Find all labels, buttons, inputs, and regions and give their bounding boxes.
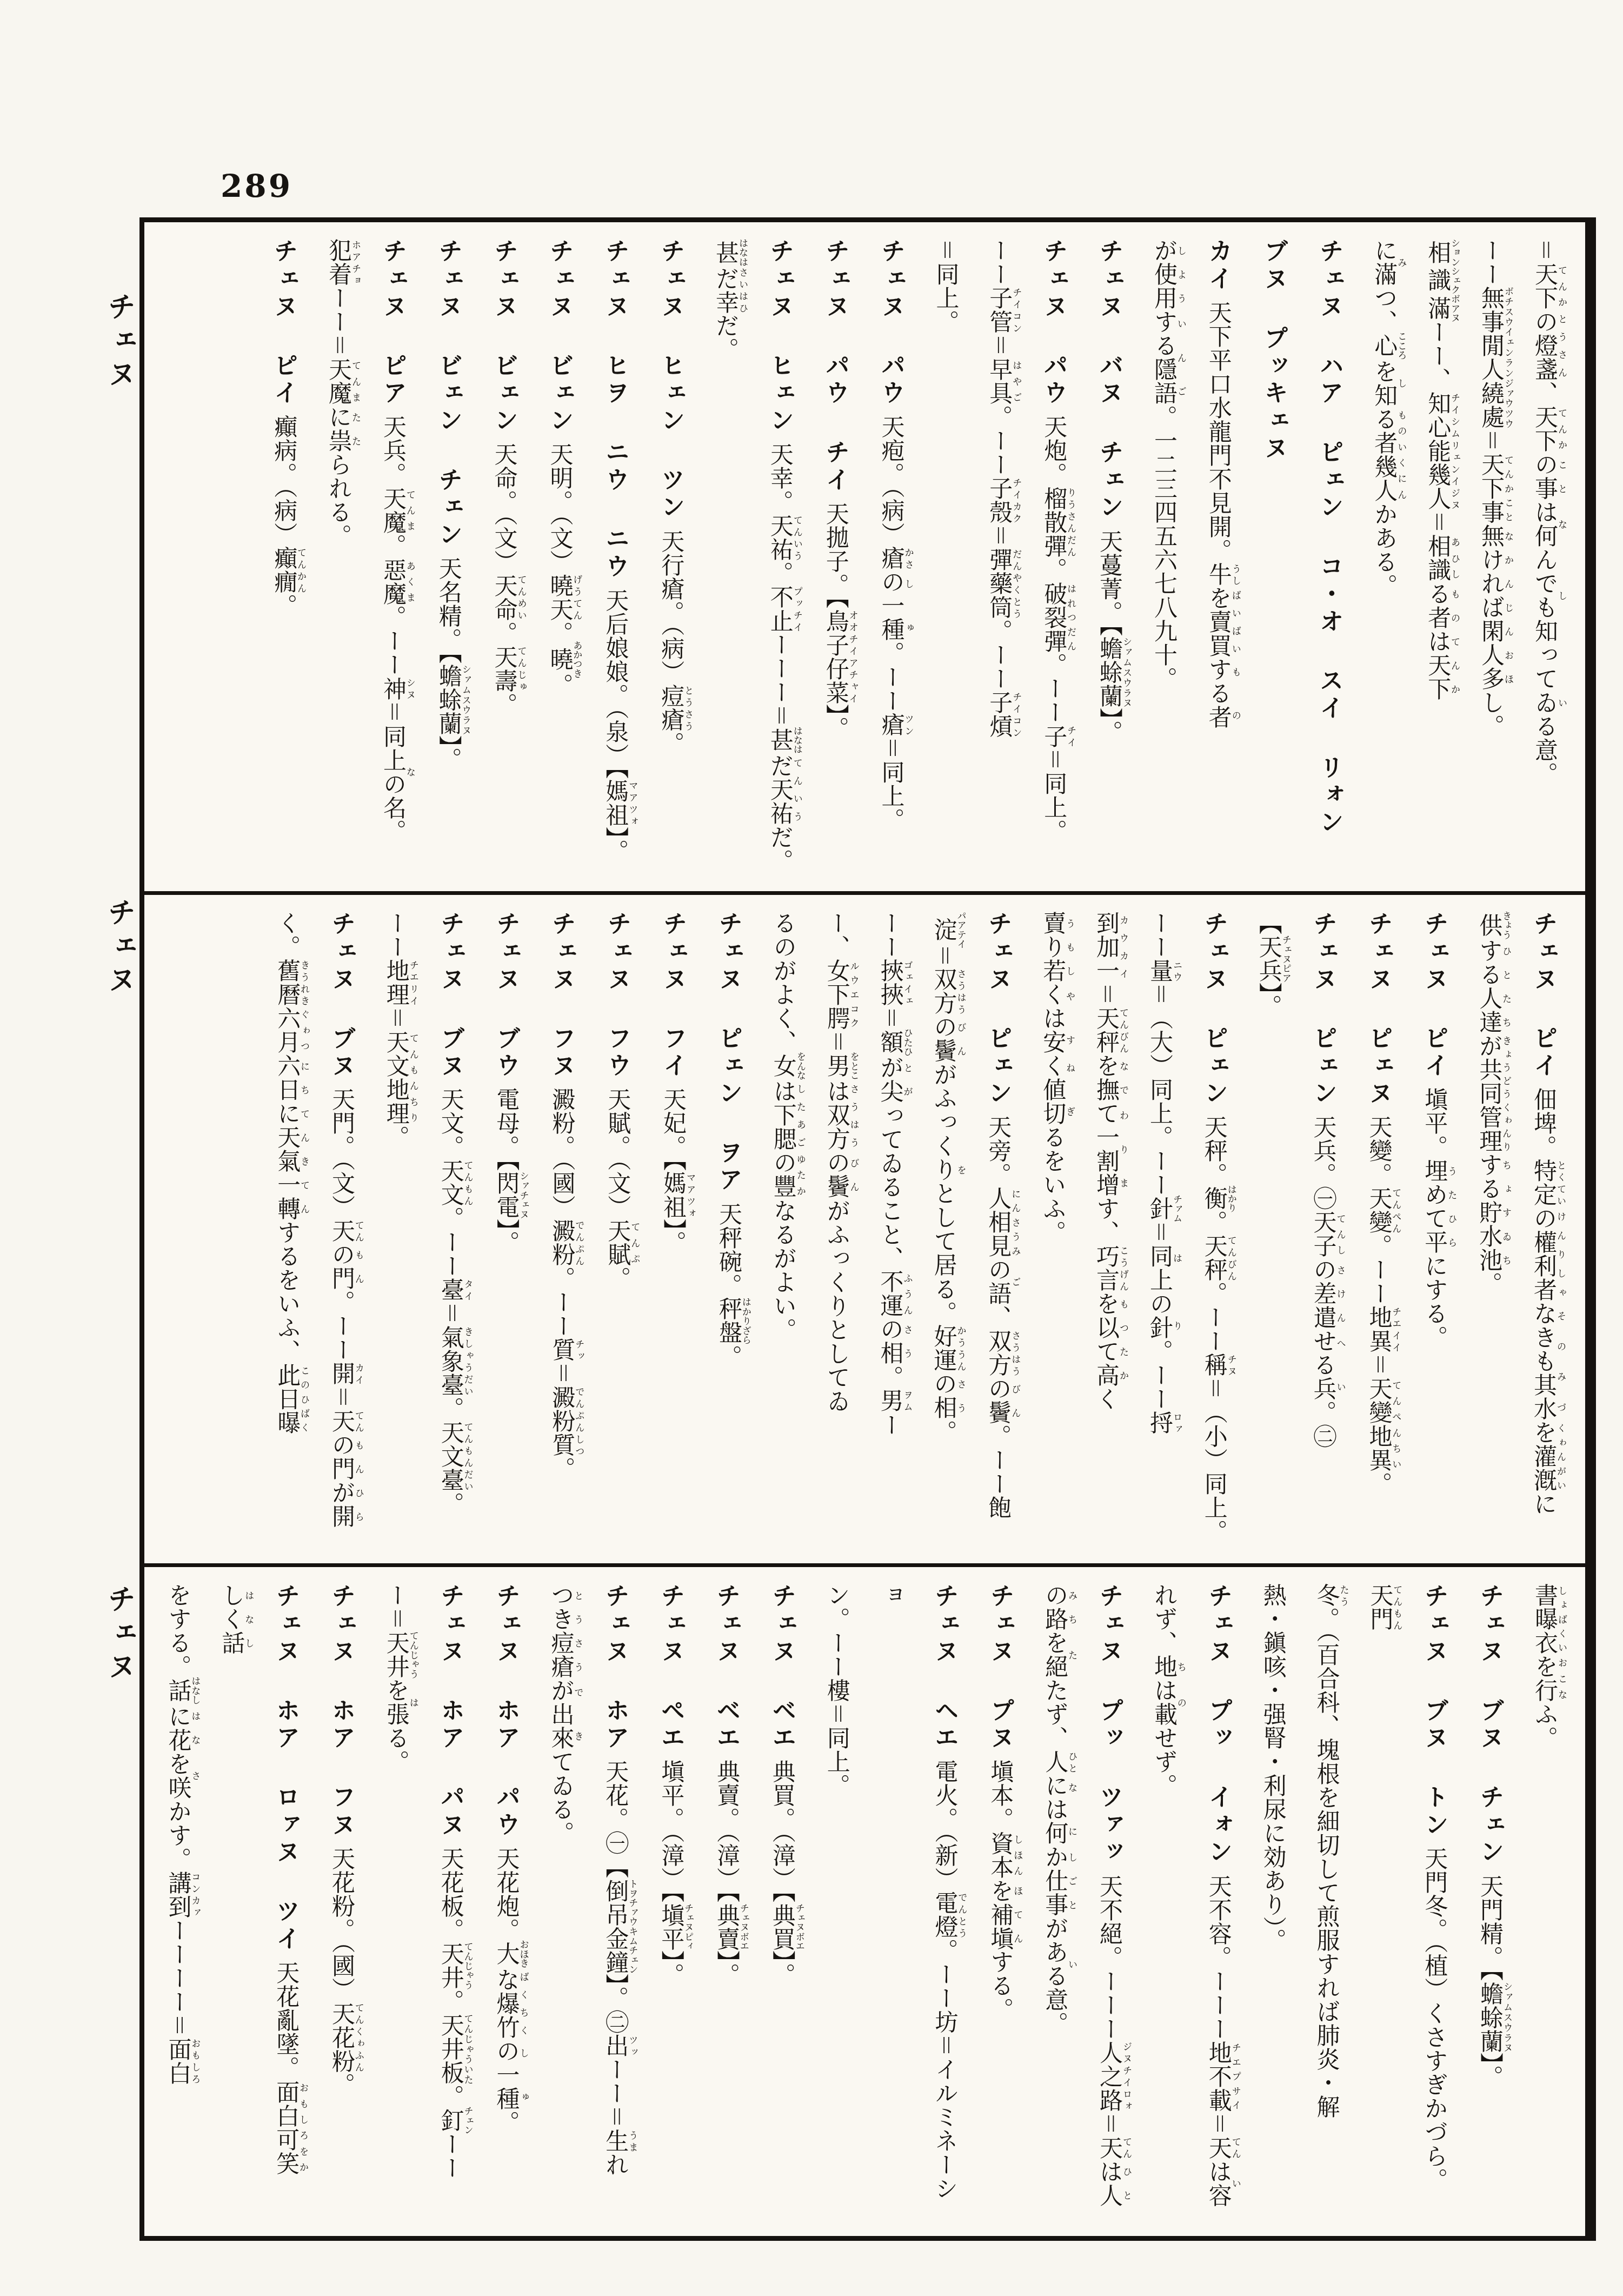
entry-definition: 天明。（文）曉天げうてん。曉あかつき。	[546, 442, 573, 697]
entry-column: チェヌ プヌ塡本。資本しほんを補塡ほてんする。	[972, 1583, 1028, 2223]
entry-definition: ＝天下てんかの燈盞とうさん、天下てんかの事ことは何なんでも知しってゐる意い。	[1531, 238, 1558, 786]
entry-definition: ン。ーー樓＝同上。	[823, 1583, 850, 1797]
entry-column: に滿みつ、心こころを知しる者幾人ものいくにんかある。	[1357, 238, 1411, 878]
entry-headword: チェヌ ブヌ チェン	[1476, 1583, 1505, 1867]
entry-column: チェヌ プッ ツァッ天不絕。ーーー人之路ジヌチイロォ＝天てんは人ひと	[1081, 1583, 1137, 2223]
entry-definition: く。舊曆きうれき六月ぐゎつ六日にちに天氣てんき一轉てんするをいふ、此日曝このひば…	[274, 911, 301, 1435]
entry-headword: チェヌ ベエ	[713, 1583, 741, 1753]
entry-headword: チェヌ ピイ	[1529, 911, 1558, 1080]
entry-definition: 天命。（文）天命てんめい。天壽てんじゅ。	[491, 442, 518, 716]
entry-column: チェヌ ハア ピェン コ・オ スイ リォン ブヌ プッキェヌ	[1246, 238, 1358, 878]
entry-definition: 天幸。天祐てんいう。不止プッチイーーー＝甚はなはだ天祐てんいうだ。	[767, 442, 794, 873]
entry-column: ＝同上。	[919, 238, 973, 878]
entry-definition: ー＝天井てんじゃうを張はる。	[383, 1583, 410, 1774]
entry-column: チェヌ フイ天妃。【媽祖マアツォ】。	[645, 911, 701, 1551]
entry-column: チェヌ バヌ チェン天蔓菁。【蟾蜍蘭シァムスウラヌ】。	[1081, 238, 1137, 878]
entry-headword: チェヌ パウ	[877, 238, 906, 408]
entry-definition: 天變。天變てんぺん。ーー地異チエイイ＝天變地異てんぺんちい。	[1365, 1115, 1392, 1496]
entry-definition: ーー無事閒人繞處ボチスウイェンランジァウツウ＝天下事てんかこと無なければ閑人多か…	[1478, 238, 1505, 738]
entry-headword: チェヌ ブヌ	[328, 911, 356, 1080]
entry-column: つき痘瘡とうさうが出來できてゐる。	[534, 1583, 588, 2223]
entry-definition: 犯着ホアチョーー＝天魔てんまに祟たたられる。	[325, 238, 352, 548]
entry-headword: チェヌ ピイ	[270, 238, 298, 408]
entry-headword: チェヌ ビェン	[546, 238, 574, 435]
entry-column: チェヌ ブウ電母。【閃電シァチェヌ】。	[478, 911, 534, 1551]
entry-column: チェヌ フヌ澱粉。（國）澱粉でんぷん。ーー質チッ＝澱粉質でんぷんしつ。	[534, 911, 590, 1551]
entry-column: ＝天下てんかの燈盞とうさん、天下てんかの事ことは何なんでも知しってゐる意い。	[1518, 238, 1571, 878]
entry-definition: 天拋子。【鳥子仔菜オオチイアチャイ】。	[822, 502, 849, 740]
entry-band-middle: チェヌ ピイ佃埤。特定とくていの權利者けんりしゃなきも其水そのみづを灌漑くゎんが…	[144, 891, 1585, 1564]
entry-definition: に滿みつ、心こころを知しる者幾人ものいくにんかある。	[1371, 238, 1398, 598]
entry-definition: 天疱。（病）瘡かさの一種しゅ。ーー瘡ツン＝同上。	[878, 415, 905, 832]
entry-definition: 甚はなはだ幸さいはひだ。	[712, 238, 739, 362]
entry-band-top: ＝天下てんかの燈盞とうさん、天下てんかの事ことは何なんでも知しってゐる意い。ーー…	[144, 222, 1585, 891]
entry-definition: 賣うり若もしくは安やすく値切ねぎるをいふ。	[1039, 911, 1066, 1244]
entry-headword: チェヌ ホア パヌ	[437, 1583, 465, 1839]
margin-guide-word-1: チェヌ	[91, 292, 139, 393]
entry-column: 書曝衣しょばくいを行おこなふ。	[1518, 1583, 1571, 2223]
entry-column: 淀パアテイ＝双方さうはうの鬢びんがふっくりとして居をる。好運かううんの相さう。	[917, 911, 970, 1551]
entry-column: ーー量ニウ＝（大）同上。ーー針チァム＝同上の針はり。ーー捋ロァ	[1133, 911, 1186, 1551]
entry-definition: 天花炮。大おほきな爆竹ばくちくの一種しゅ。	[493, 1847, 520, 2134]
entry-definition: 到加一カウカイ＝天秤てんびんを撫なでて一割增わります、巧言こうげんを以もつて高た…	[1093, 911, 1120, 1411]
entry-headword: チェヌ ピェン	[984, 911, 1013, 1107]
entry-column: チェヌ ピイ佃埤。特定とくていの權利者けんりしゃなきも其水そのみづを灌漑くゎんが…	[1515, 911, 1571, 1551]
entry-headword: チェヌ ピェヌ	[1365, 911, 1393, 1107]
entry-definition: 天兵。天魔てんま。惡魔あくま。ーー神シヌ＝同上の名な。	[380, 415, 407, 844]
entry-headword: チェヌ ピェン	[1200, 911, 1229, 1107]
entry-definition: 天不容。ーーー地不載チエプサイ＝天てんは容い	[1205, 1874, 1232, 2207]
entry-definition: 典買。（漳）【典買チェヌボエ】。	[769, 1760, 796, 1987]
entry-column: チェヌ ビェン天明。（文）曉天げうてん。曉あかつき。	[532, 238, 588, 878]
entry-column: チェヌ ブヌ チェン天門精。【蟾蜍蘭シァムスウラヌ】。	[1462, 1583, 1518, 2223]
entry-definition: が使用しようする隱語いんご。一二三四五六七八九十。	[1150, 238, 1178, 691]
entry-column: ーー無事閒人繞處ボチスウイェンランジァウツウ＝天下事てんかこと無なければ閑人多か…	[1464, 238, 1518, 878]
entry-definition: 天名精。【蟾蜍蘭シァムスウラヌ】。	[435, 556, 462, 771]
page-number: 289	[221, 168, 292, 204]
entry-headword: カイ	[1205, 238, 1233, 293]
entry-column: チェヌ フウ天賦。（文）天賦てんぷ。	[589, 911, 645, 1551]
entry-headword: チェヌ ハア ピェン コ・オ スイ リォン ブヌ プッキェヌ	[1260, 238, 1345, 837]
entry-definition: 天后娘娘。（泉）【媽祖マアツォ】。	[602, 588, 629, 863]
entry-column: チェヌ ピェン天兵。㊀天子てんしの差遣さけんせる兵へい。㊁【天兵チェヌピア】。	[1242, 911, 1351, 1551]
entry-column: ーー地理チエリイ＝天文地理てんもんちり。	[369, 911, 423, 1551]
entry-column: チェヌ ビェン天命。（文）天命てんめい。天壽てんじゅ。	[476, 238, 532, 878]
entry-headword: チェヌ ピェン ヲア	[715, 911, 743, 1195]
entry-column: チェヌ ブヌ天文。天文てんもん。ーー臺タイ＝氣象臺きしゃうだい。天文臺てんもんだ…	[423, 911, 478, 1551]
entry-definition: 書曝衣しょばくいを行おこなふ。	[1531, 1583, 1558, 1750]
entry-definition: 癲病。（病）癲癇てんかん。	[270, 415, 297, 618]
entry-headword: チェヌ ヒェン ツン	[657, 238, 686, 522]
entry-headword: チェヌ ブヌ トン	[1420, 1583, 1449, 1839]
entry-definition: ＝同上。	[932, 238, 959, 334]
entry-column: ーー子管チイコン＝早具はやご。ーー子殼チイカク＝彈藥筒だんやくとう。ーー子熕チイ…	[972, 238, 1026, 878]
entry-column: るのがよく、女をんなは下腮したあごの豐ゆたかなるがよい。	[756, 911, 810, 1551]
entry-definition: るのがよく、女をんなは下腮したあごの豐ゆたかなるがよい。	[770, 911, 797, 1342]
entry-headword: チェヌ ホア フヌ	[328, 1583, 356, 1839]
entry-definition: 天花粉。（國）天花粉てんくゎふん。	[328, 1847, 355, 2097]
entry-column: をする。話はなしに花はなを咲さかす。講到コンカァーーーー＝面白おもしろ	[151, 1583, 205, 2223]
entry-column: く。舊曆きうれき六月ぐゎつ六日にちに天氣てんき一轉てんするをいふ、此日曝このひば…	[260, 911, 314, 1551]
scanned-dictionary-page: 289 チェヌ チェヌ チェヌ ＝天下てんかの燈盞とうさん、天下てんかの事ことは…	[0, 0, 1623, 2296]
entry-column: チェヌ ピイ癲病。（病）癲癇てんかん。	[256, 238, 311, 878]
entry-definition: 冬たう。（百合科、塊根を細切して煎服すれば肺炎・解	[1313, 1583, 1340, 2119]
entry-headword: チェヌ フヌ	[548, 911, 576, 1080]
entry-headword: チェヌ パウ チイ	[822, 238, 850, 494]
entry-column: カイ天下平口水龍門不見開。牛うしを賣買ばいばいする者もの	[1190, 238, 1246, 878]
entry-column: チェヌ ホア ロァヌ ツイ天花亂墜。面白可笑おもしろをかしく話はなし	[204, 1583, 314, 2223]
entry-definition: 天門精。【蟾蜍蘭シァムスウラヌ】。	[1476, 1874, 1504, 2089]
entry-headword: チェヌ ヒェン	[766, 238, 795, 435]
entry-column: チェヌ ホア パヌ天花板。天井てんじゃう。天井板てんじゃういた。釘チェンーー	[423, 1583, 478, 2223]
entry-column: 熱・鎭咳・强腎・利尿に効あり）。	[1246, 1583, 1300, 2223]
entry-column: チェヌ ペエ塡平。（漳）【塡平チェヌピィ】。	[643, 1583, 699, 2223]
dictionary-frame: ＝天下てんかの燈盞とうさん、天下てんかの事ことは何なんでも知しってゐる意い。ーー…	[139, 217, 1596, 2241]
entry-column: 冬たう。（百合科、塊根を細切して煎服すれば肺炎・解	[1300, 1583, 1353, 2223]
entry-definition: 天花板。天井てんじゃう。天井板てんじゃういた。釘チェンーー	[437, 1847, 464, 2180]
entry-column: チェヌ ブヌ天門。（文）天てんの門もん。ーー開カイ＝天てんの門もんが開ひら	[314, 911, 369, 1551]
entry-headword: チェヌ ブウ	[493, 911, 521, 1080]
entry-definition: 天蔓菁。【蟾蜍蘭シァムスウラヌ】。	[1096, 529, 1123, 744]
entry-headword: チェヌ フイ	[659, 911, 688, 1080]
entry-column: 相識滿ションシェクボアヌーー、知心能幾人チイシムリェンイジヌ＝相識あひしる者もの…	[1411, 238, 1464, 878]
entry-definition: 天旁。人相見にんさうみの語ご、双方さうはうの鬢びん。ーー飽	[985, 1115, 1012, 1519]
entry-column: チェヌ ホア パウ天花炮。大おほきな爆竹ばくちくの一種しゅ。	[478, 1583, 534, 2223]
entry-definition: 天炮。榴散彈りうさんだん。破裂彈はれつだん。ーー子チイ＝同上。	[1040, 415, 1067, 844]
entry-column: チェヌ プッ イォン天不容。ーーー地不載チエプサイ＝天てんは容い	[1190, 1583, 1246, 2223]
entry-definition: の路みちを絕たたず、人ひとには何なにか仕事しごとがある意い。	[1041, 1583, 1068, 2035]
entry-headword: チェヌ ペエ	[657, 1583, 686, 1753]
entry-column: 犯着ホアチョーー＝天魔てんまに祟たたられる。	[311, 238, 365, 878]
entry-definition: ー、女下腭ルウエコク＝男をとこは双方さうはうの鬢びんがふっくりとしてゐ	[823, 911, 850, 1413]
margin-guide-word-2: チェヌ	[91, 898, 139, 998]
entry-column: ーー挾挾ゴェイェ＝額ひたひが尖とがってゐること、不運ふうんの相さう。男ヲムー	[863, 911, 917, 1551]
entry-definition: 淀パアテイ＝双方さうはうの鬢びんがふっくりとして居をる。好運かううんの相さう。	[930, 911, 957, 1444]
entry-column: 賣うり若もしくは安やすく値切ねぎるをいふ。	[1026, 911, 1079, 1551]
entry-column: チェヌ ピェン ヲア天秤碗。秤盤はかりざら。	[701, 911, 756, 1551]
entry-definition: 佃埤。特定とくていの權利者けんりしゃなきも其水そのみづを灌漑くゎんがいに	[1530, 1087, 1557, 1516]
entry-definition: 天門。（文）天てんの門もん。ーー開カイ＝天てんの門もんが開ひら	[328, 1087, 355, 1528]
entry-column: チェヌ パウ チイ天拋子。【鳥子仔菜オオチイアチャイ】。	[808, 238, 863, 878]
entry-column: チェヌ ヒェン ツン天行瘡。（病）痘瘡とうさう。	[643, 238, 699, 878]
entry-column: チェヌ ヒェン天幸。天祐てんいう。不止プッチイーーー＝甚はなはだ天祐てんいうだ。	[752, 238, 808, 878]
entry-column: チェヌ パウ天炮。榴散彈りうさんだん。破裂彈はれつだん。ーー子チイ＝同上。	[1026, 238, 1081, 878]
entry-column: れず、地ちは載のせず。	[1137, 1583, 1190, 2223]
entry-column: 到加一カウカイ＝天秤てんびんを撫なでて一割增わります、巧言こうげんを以もつて高た…	[1079, 911, 1133, 1551]
entry-column: チェヌ ベエ典賣。（漳）【典賣チェヌボエ】。	[699, 1583, 754, 2223]
entry-definition: 天秤。衡はかり。天秤てんびん。ーー稱チヌ＝（小）同上。	[1201, 1115, 1228, 1543]
entry-definition: ーー子管チイコン＝早具はやご。ーー子殼チイカク＝彈藥筒だんやくとう。ーー子熕チイ…	[986, 238, 1013, 738]
entry-column: ー、女下腭ルウエコク＝男をとこは双方さうはうの鬢びんがふっくりとしてゐ	[810, 911, 863, 1551]
entry-column: チェヌ ヒヲ ニウ ニウ天后娘娘。（泉）【媽祖マアツォ】。	[587, 238, 643, 878]
entry-column: の路みちを絕たたず、人ひとには何なにか仕事しごとがある意い。	[1028, 1583, 1081, 2223]
entry-headword: チェヌ ホア パウ	[493, 1583, 521, 1839]
entry-definition: 澱粉。（國）澱粉でんぷん。ーー質チッ＝澱粉質でんぷんしつ。	[548, 1087, 575, 1481]
entry-definition: つき痘瘡とうさうが出來できてゐる。	[547, 1583, 574, 1845]
entry-headword: チェヌ ホア	[601, 1583, 630, 1753]
entry-column: チェヌ ホア フヌ天花粉。（國）天花粉てんくゎふん。	[314, 1583, 369, 2223]
entry-definition: 塡本。資本しほんを補塡ほてんする。	[987, 1760, 1014, 2022]
entry-column: チェヌ ピェン天旁。人相見にんさうみの語ご、双方さうはうの鬢びん。ーー飽	[970, 911, 1026, 1551]
entry-headword: チェヌ ピェン	[1309, 911, 1338, 1107]
entry-definition: 塡平。（漳）【塡平チェヌピィ】。	[657, 1760, 684, 1987]
entry-headword: チェヌ ヘエ	[930, 1583, 959, 1753]
entry-column: ン。ーー樓＝同上。	[810, 1583, 863, 2223]
entry-definition: ーー量ニウ＝（大）同上。ーー針チァム＝同上の針はり。ーー捋ロァ	[1146, 911, 1173, 1435]
entry-headword: チェヌ ヒヲ ニウ ニウ	[601, 238, 630, 581]
entry-definition: ーー挾挾ゴェイェ＝額ひたひが尖とがってゐること、不運ふうんの相さう。男ヲムー	[877, 911, 904, 1437]
entry-headword: チェヌ プヌ	[986, 1583, 1015, 1753]
entry-definition: れず、地ちは載のせず。	[1150, 1583, 1178, 1797]
entry-column: チェヌ ビェン チェン天名精。【蟾蜍蘭シァムスウラヌ】。	[421, 238, 476, 878]
entry-headword: チェヌ ビェン	[490, 238, 519, 435]
entry-definition: 天妃。【媽祖マアツォ】。	[660, 1087, 687, 1255]
entry-headword: チェヌ ベエ	[768, 1583, 797, 1753]
entry-column: 甚はなはだ幸さいはひだ。	[699, 238, 752, 878]
entry-headword: チェヌ ピア	[379, 238, 408, 408]
entry-column: ー＝天井てんじゃうを張はる。	[369, 1583, 423, 2223]
entry-definition: 相識滿ションシェクボアヌーー、知心能幾人チイシムリェンイジヌ＝相識あひしる者もの…	[1424, 238, 1451, 701]
entry-definition: 天不絕。ーーー人之路ジヌチイロォ＝天てんは人ひと	[1096, 1874, 1123, 2207]
entry-definition: 天賦。（文）天賦てんぷ。	[604, 1087, 631, 1290]
entry-column: チェヌ ホア天花。㊀【倒吊金鐘トヲチァウキムチェン】。㊁出ツッーー＝生うまれ	[587, 1583, 643, 2223]
margin-guide-word-3: チェヌ	[91, 1584, 139, 1685]
entry-headword: チェヌ フウ	[603, 911, 632, 1080]
entry-definition: 天花。㊀【倒吊金鐘トヲチァウキムチェン】。㊁出ツッーー＝生うまれ	[602, 1760, 629, 2177]
entry-column: チェヌ パウ天疱。（病）瘡かさの一種しゅ。ーー瘡ツン＝同上。	[863, 238, 919, 878]
entry-definition: 天下平口水龍門不見開。牛うしを賣買ばいばいする者もの	[1205, 301, 1232, 729]
entry-column: チェヌ ブヌ トン天門冬。（植）くさすぎかづら。天門てんもん	[1353, 1583, 1462, 2223]
entry-headword: チェヌ バヌ チェン	[1095, 238, 1124, 522]
entry-definition: 天文。天文てんもん。ーー臺タイ＝氣象臺きしゃうだい。天文臺てんもんだい。	[437, 1087, 464, 1516]
entry-headword: チェヌ ホア ロァヌ ツイ	[272, 1583, 301, 1953]
entry-column: チェヌ ピェヌ天變。天變てんぺん。ーー地異チエイイ＝天變地異てんぺんちい。	[1351, 911, 1407, 1551]
entry-definition: をする。話はなしに花はなを咲さかす。講到コンカァーーーー＝面白おもしろ	[164, 1583, 191, 2085]
entry-definition: 熱・鎭咳・强腎・利尿に効あり）。	[1260, 1583, 1287, 1953]
entry-column: チェヌ ピイ塡平。埋うめて平たひらにする。	[1406, 911, 1462, 1551]
entry-definition: ーー地理チエリイ＝天文地理てんもんちり。	[383, 911, 410, 1149]
entry-definition: 天秤碗。秤盤はかりざら。	[715, 1202, 742, 1368]
entry-headword: チェヌ プッ ツァッ	[1095, 1583, 1124, 1867]
entry-column: が使用しようする隱語いんご。一二三四五六七八九十。	[1137, 238, 1190, 878]
entry-headword: チェヌ ピイ	[1420, 911, 1449, 1080]
entry-headword: チェヌ ビェン チェン	[435, 238, 463, 549]
entry-headword: チェヌ プッ イォン	[1205, 1583, 1233, 1867]
entry-column: チェヌ ピェン天秤。衡はかり。天秤てんびん。ーー稱チヌ＝（小）同上。	[1186, 911, 1242, 1551]
entry-column: チェヌ ベエ典買。（漳）【典買チェヌボエ】。	[754, 1583, 810, 2223]
entry-column: チェヌ ヘエ電火。（新）電燈でんとう。ーー坊＝イルミネーショ	[863, 1583, 973, 2223]
entry-band-bottom: 書曝衣しょばくいを行おこなふ。チェヌ ブヌ チェン天門精。【蟾蜍蘭シァムスウラヌ…	[144, 1563, 1585, 2236]
entry-column: チェヌ ピア天兵。天魔てんま。惡魔あくま。ーー神シヌ＝同上の名な。	[365, 238, 421, 878]
entry-column: 供きょうする人達ひとたちが共同管理きょうどうくゎんりする貯水池ちょすゐち。	[1462, 911, 1515, 1551]
entry-definition: 供きょうする人達ひとたちが共同管理きょうどうくゎんりする貯水池ちょすゐち。	[1475, 911, 1502, 1296]
entry-headword: チェヌ パウ	[1040, 238, 1068, 408]
entry-definition: 電母。【閃電シァチェヌ】。	[493, 1087, 520, 1255]
entry-definition: 典賣。（漳）【典賣チェヌボエ】。	[713, 1760, 740, 1987]
entry-headword: チェヌ ブヌ	[437, 911, 465, 1080]
entry-definition: 天行瘡。（病）痘瘡とうさう。	[657, 529, 684, 756]
entry-definition: 塡平。埋うめて平たひらにする。	[1421, 1087, 1448, 1349]
